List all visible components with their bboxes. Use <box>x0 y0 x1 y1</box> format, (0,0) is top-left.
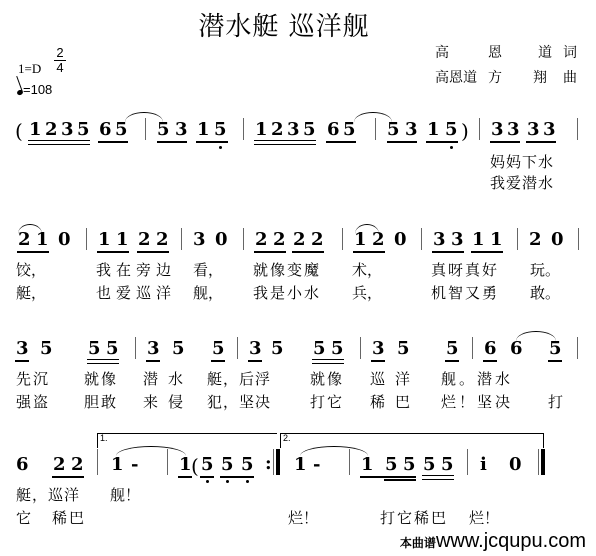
repeat-bar-line <box>273 449 274 475</box>
lyric: 艇，巡洋 <box>16 485 80 505</box>
repeat-bar-thick <box>276 449 280 475</box>
final-bar-thin <box>538 449 539 475</box>
low-octave-dot <box>206 480 209 483</box>
note: 5 <box>423 455 436 475</box>
lyric: 它 <box>16 508 31 528</box>
first-ending-bracket <box>97 433 277 448</box>
note: 2 <box>71 455 84 475</box>
watermark: 本曲谱www.jcqupu.com <box>400 530 586 553</box>
second-ending-label: 2. <box>283 433 291 443</box>
note: 2 <box>53 455 66 475</box>
bar-line <box>467 449 468 475</box>
note: 5 <box>385 455 398 475</box>
note: 5 <box>441 455 454 475</box>
note: 1 <box>111 455 124 475</box>
first-ending-label: 1. <box>100 433 108 443</box>
low-octave-dot <box>246 480 249 483</box>
note: 0 <box>509 455 522 475</box>
lyric: 烂！ <box>469 508 499 528</box>
second-ending-bracket <box>280 433 544 448</box>
note: 1 <box>294 455 307 475</box>
note: 5 <box>221 455 234 475</box>
low-octave-dot <box>226 480 229 483</box>
lyric: 稀巴 <box>52 508 86 528</box>
eighth-beam <box>220 476 254 478</box>
note: - <box>313 455 320 475</box>
note-high-1: i <box>480 455 487 475</box>
score-row-4: 1. 2. 6 2 2 1 - 1 ( 5 5 5 : 1 - 1 5 5 5 … <box>0 0 596 556</box>
bar-line <box>97 449 98 475</box>
sixteenth-beam <box>422 475 454 480</box>
repeat-sign: : <box>265 454 272 474</box>
sixteenth-beam <box>384 479 416 481</box>
bar-line <box>349 449 350 475</box>
note: - <box>131 455 138 475</box>
inner-open-paren: ( <box>191 456 199 476</box>
eighth-beam <box>200 476 214 478</box>
note: 6 <box>16 455 29 475</box>
bar-line <box>167 449 168 475</box>
note: 5 <box>403 455 416 475</box>
lyric: 烂！ <box>288 508 318 528</box>
note: 1 <box>179 455 192 475</box>
eighth-beam <box>178 476 192 478</box>
lyric: 舰！ <box>110 485 140 505</box>
note: 5 <box>201 455 214 475</box>
eighth-beam <box>52 476 84 478</box>
note: 1 <box>361 455 374 475</box>
note: 5 <box>241 455 254 475</box>
final-bar-thick <box>541 449 545 475</box>
lyric: 打它稀巴 <box>380 508 448 528</box>
eighth-beam <box>360 476 416 478</box>
